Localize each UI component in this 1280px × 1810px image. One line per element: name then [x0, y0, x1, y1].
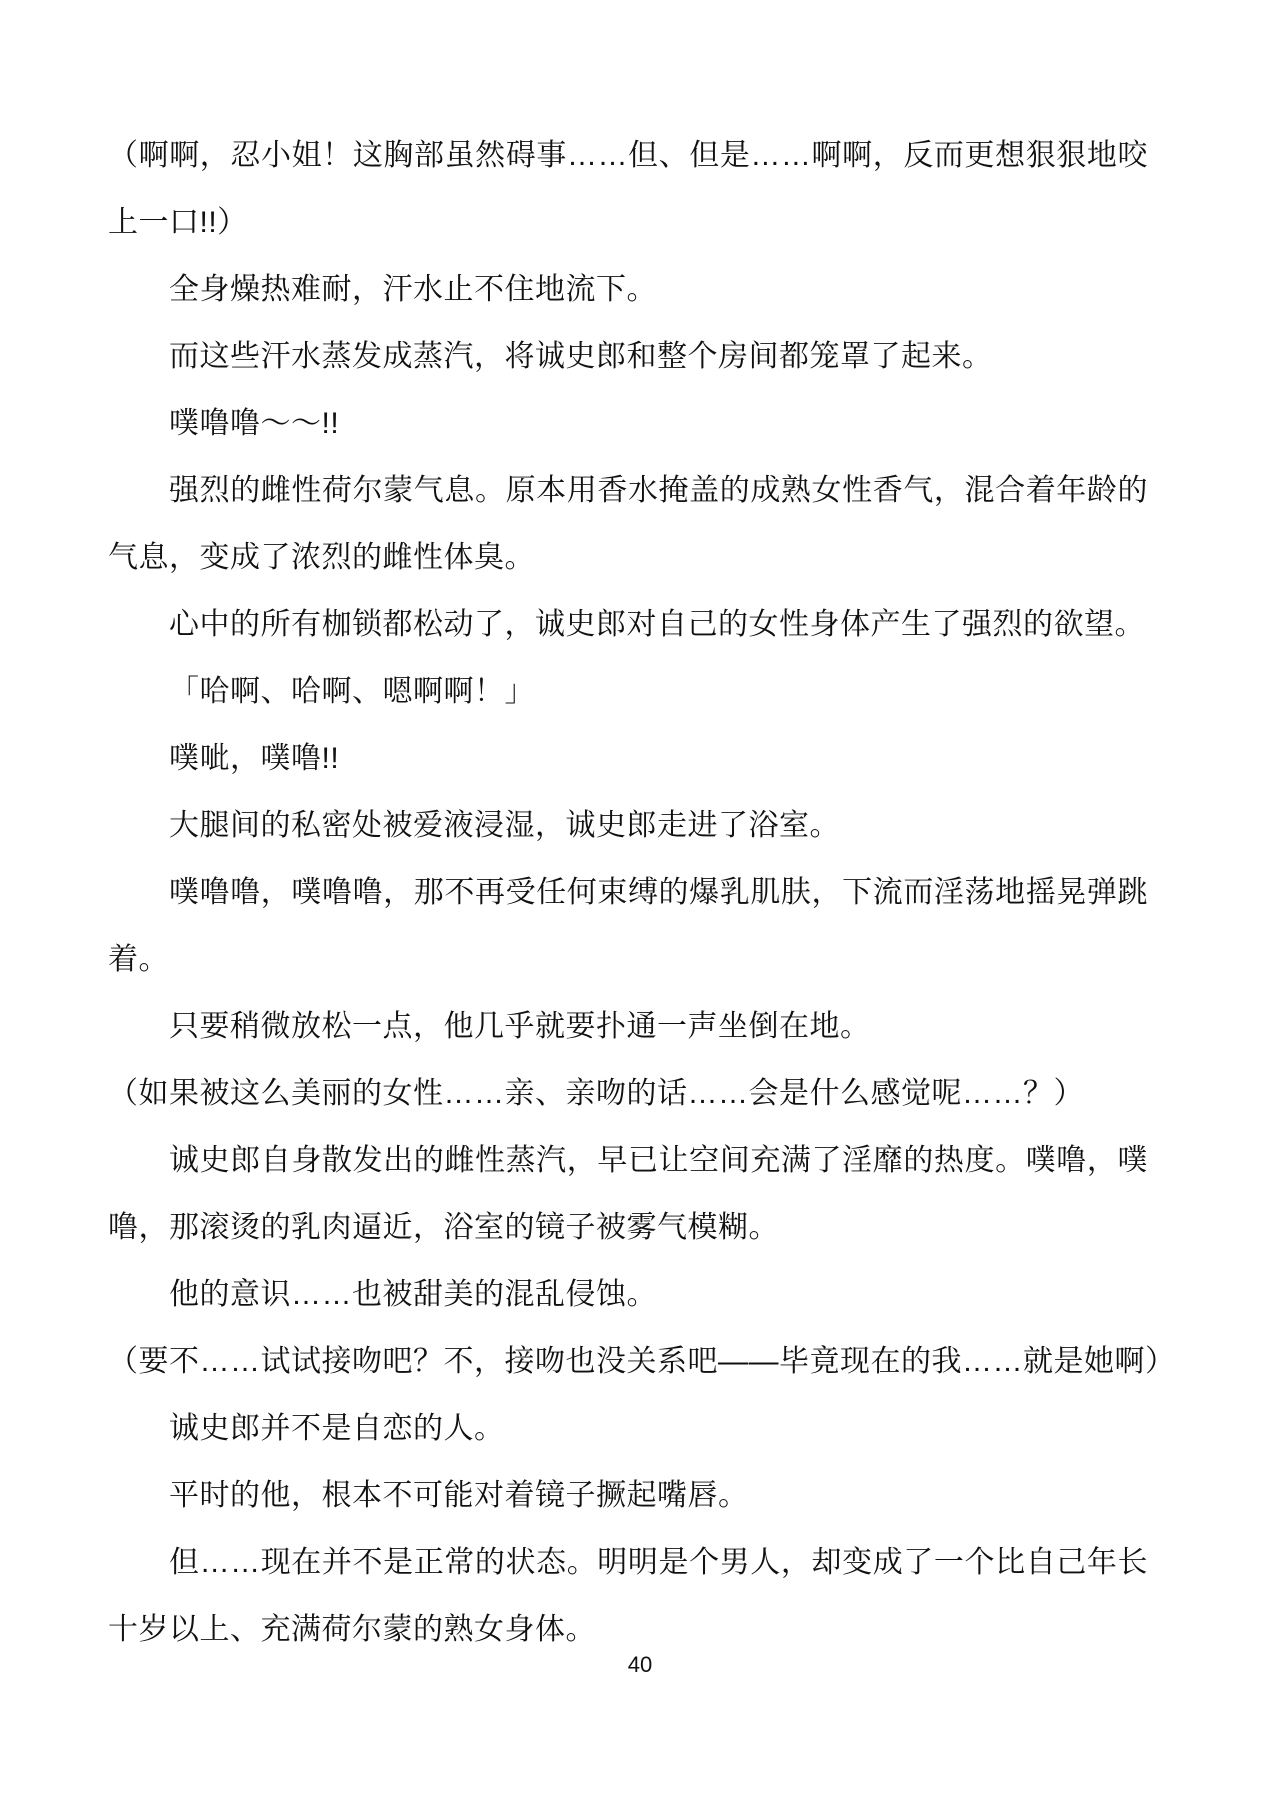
text-line: 着。 — [108, 926, 1148, 993]
text-line: 他的意识……也被甜美的混乱侵蚀。 — [108, 1261, 1148, 1328]
page-number: 40 — [0, 1650, 1280, 1680]
text-line: 「哈啊、哈啊、嗯啊啊！」 — [108, 658, 1148, 725]
body-text: （啊啊，忍小姐！这胸部虽然碍事……但、但是……啊啊，反而更想狠狠地咬上一口!!）… — [108, 122, 1148, 1663]
document-page: （啊啊，忍小姐！这胸部虽然碍事……但、但是……啊啊，反而更想狠狠地咬上一口!!）… — [0, 0, 1280, 1810]
text-line: 诚史郎并不是自恋的人。 — [108, 1395, 1148, 1462]
text-line: 心中的所有枷锁都松动了，诚史郎对自己的女性身体产生了强烈的欲望。 — [108, 591, 1148, 658]
text-line: （要不……试试接吻吧？不，接吻也没关系吧——毕竟现在的我……就是她啊） — [108, 1328, 1148, 1395]
text-line: 而这些汗水蒸发成蒸汽，将诚史郎和整个房间都笼罩了起来。 — [108, 323, 1148, 390]
text-line: 诚史郎自身散发出的雌性蒸汽，早已让空间充满了淫靡的热度。噗噜，噗 — [108, 1127, 1148, 1194]
text-line: 气息，变成了浓烈的雌性体臭。 — [108, 524, 1148, 591]
text-line: （啊啊，忍小姐！这胸部虽然碍事……但、但是……啊啊，反而更想狠狠地咬 — [108, 122, 1148, 189]
text-line: 只要稍微放松一点，他几乎就要扑通一声坐倒在地。 — [108, 993, 1148, 1060]
text-line: 强烈的雌性荷尔蒙气息。原本用香水掩盖的成熟女性香气，混合着年龄的 — [108, 457, 1148, 524]
text-line: 噗噜噜～～!! — [108, 390, 1148, 457]
text-line: 噗呲，噗噜!! — [108, 725, 1148, 792]
text-line: 噗噜噜，噗噜噜，那不再受任何束缚的爆乳肌肤，下流而淫荡地摇晃弹跳 — [108, 859, 1148, 926]
text-line: 全身燥热难耐，汗水止不住地流下。 — [108, 256, 1148, 323]
text-line: 但……现在并不是正常的状态。明明是个男人，却变成了一个比自己年长 — [108, 1529, 1148, 1596]
text-line: 噜，那滚烫的乳肉逼近，浴室的镜子被雾气模糊。 — [108, 1194, 1148, 1261]
text-line: 上一口!!） — [108, 189, 1148, 256]
text-line: （如果被这么美丽的女性……亲、亲吻的话……会是什么感觉呢……？） — [108, 1060, 1148, 1127]
text-line: 平时的他，根本不可能对着镜子撅起嘴唇。 — [108, 1462, 1148, 1529]
text-line: 大腿间的私密处被爱液浸湿，诚史郎走进了浴室。 — [108, 792, 1148, 859]
